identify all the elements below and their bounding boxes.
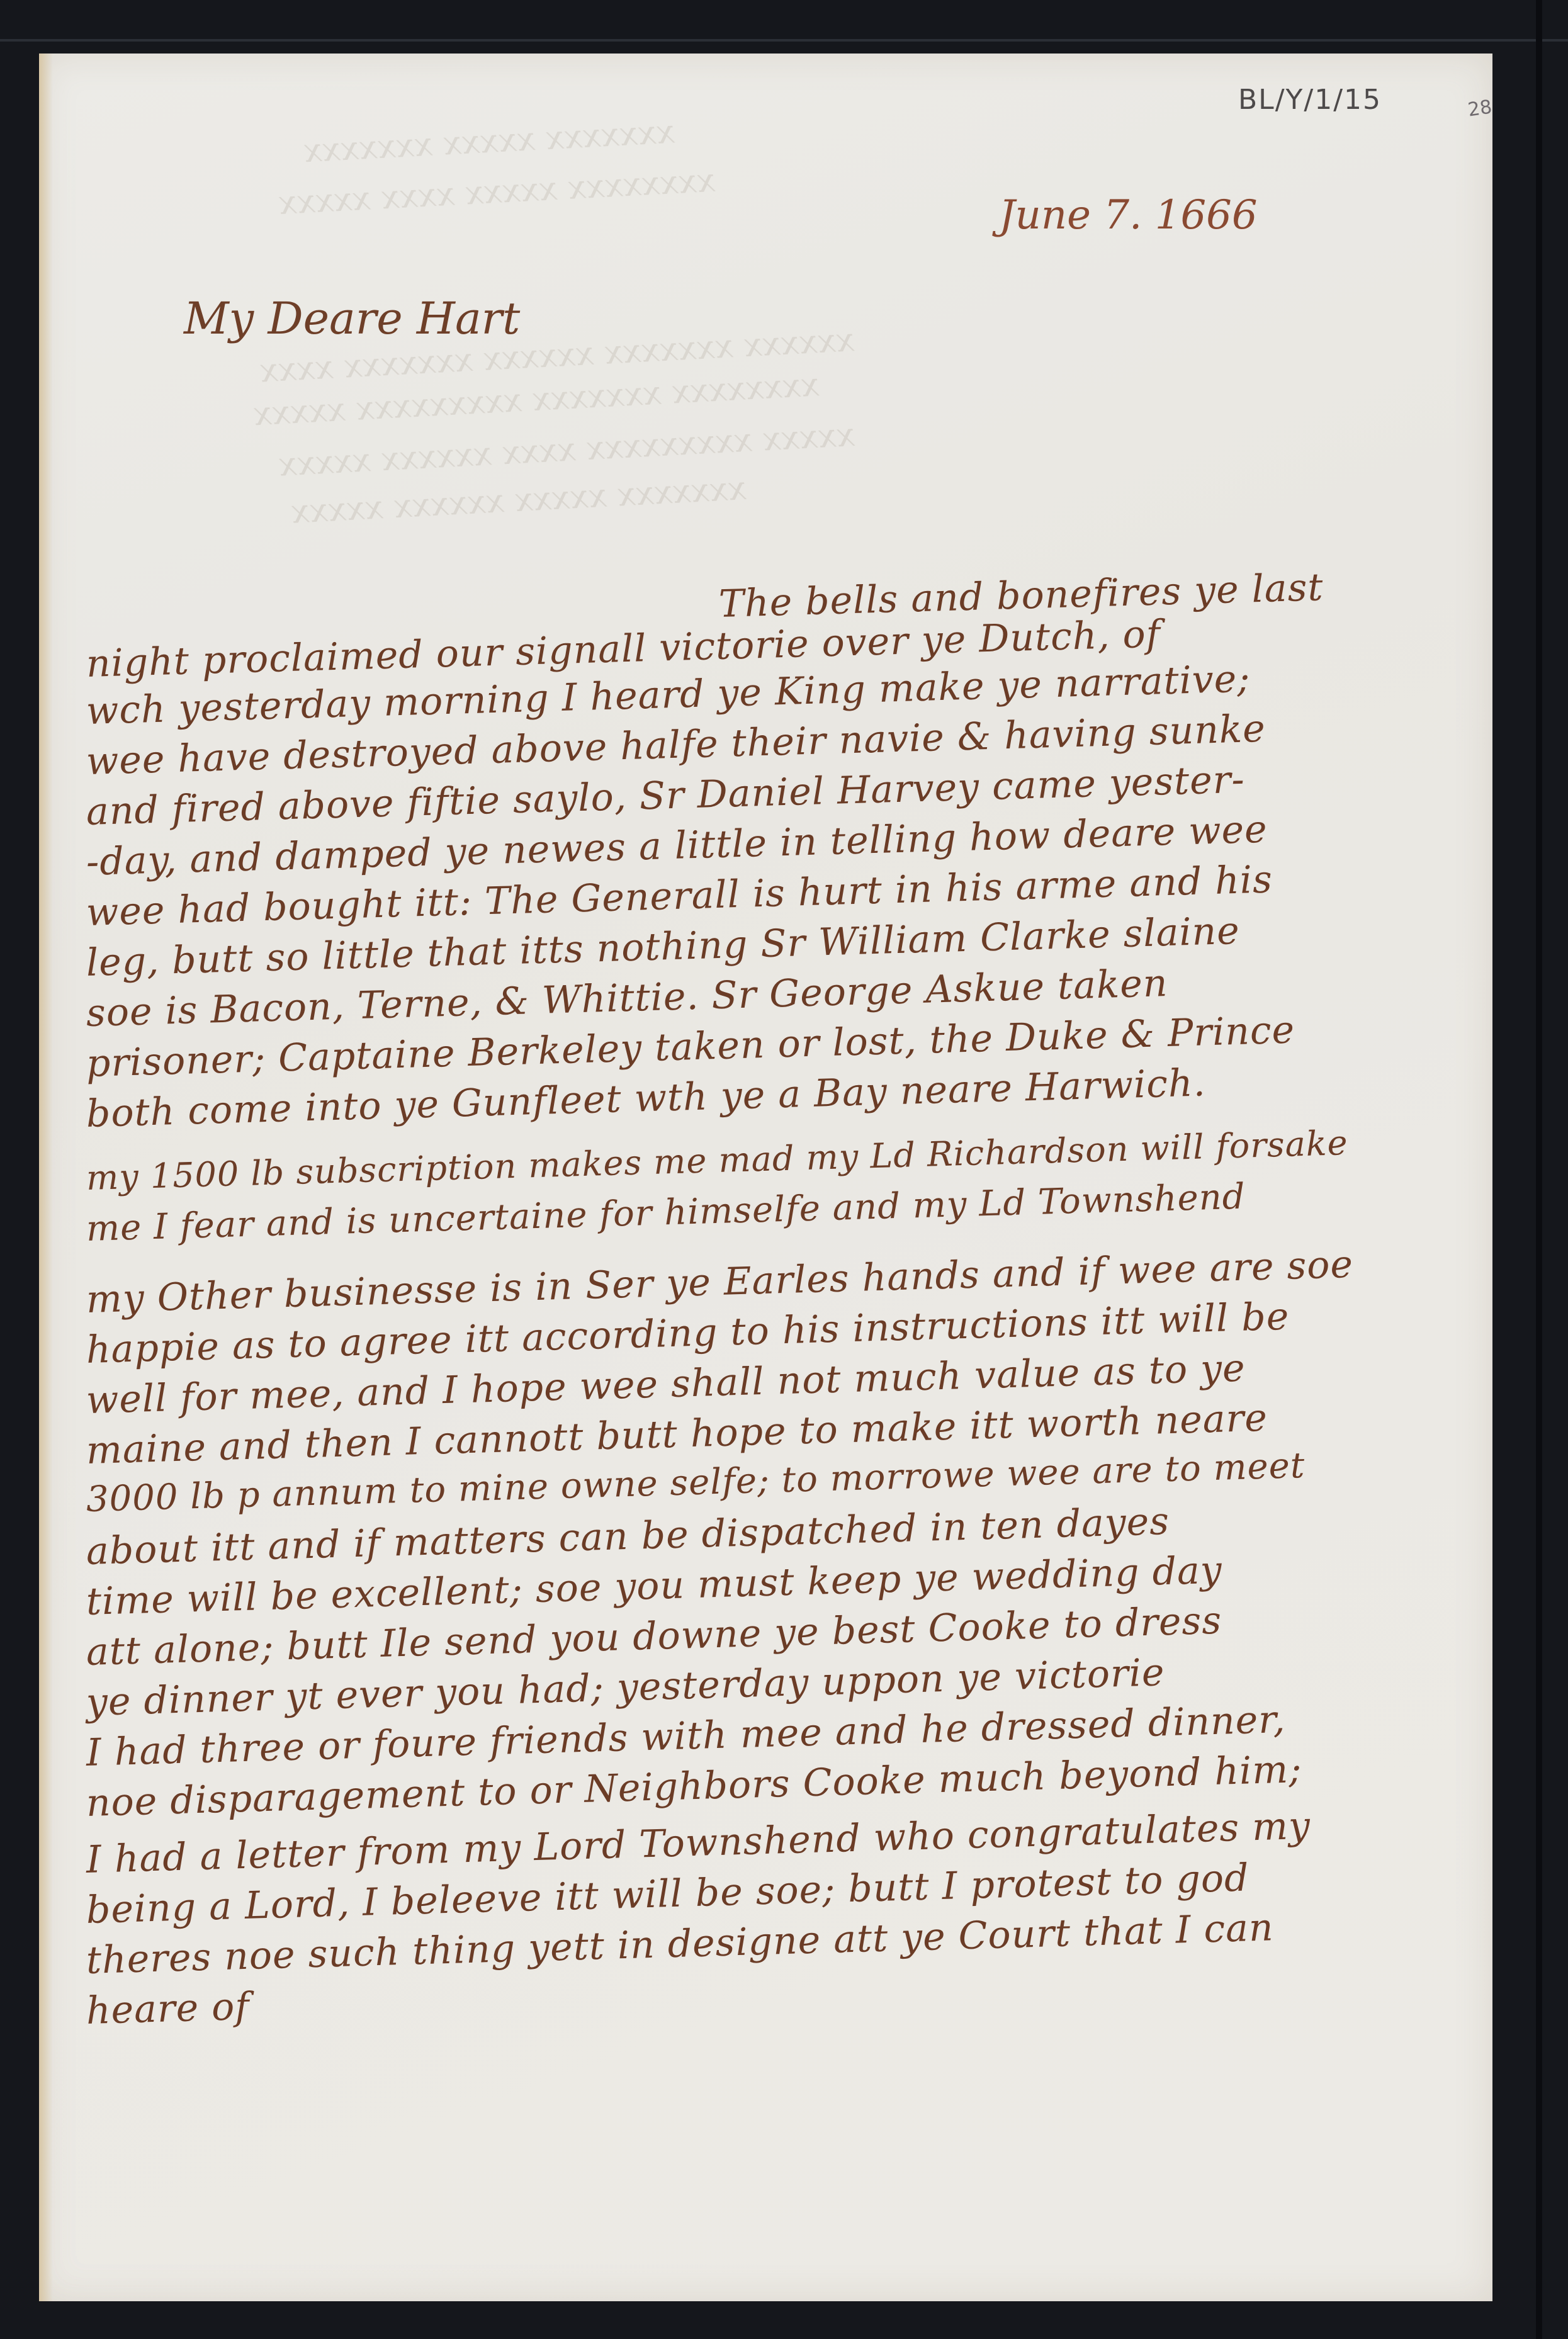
letter-line: heare of (86, 1985, 250, 2033)
letter-body: The bells and bonefires ye last night pr… (39, 54, 1492, 2301)
manuscript-page: xxxxxxx xxxxx xxxxxxx xxxxxxxx xxxxx xxx… (39, 54, 1492, 2301)
mount-right-edge (1536, 0, 1542, 2339)
mount-top-edge (0, 39, 1568, 42)
